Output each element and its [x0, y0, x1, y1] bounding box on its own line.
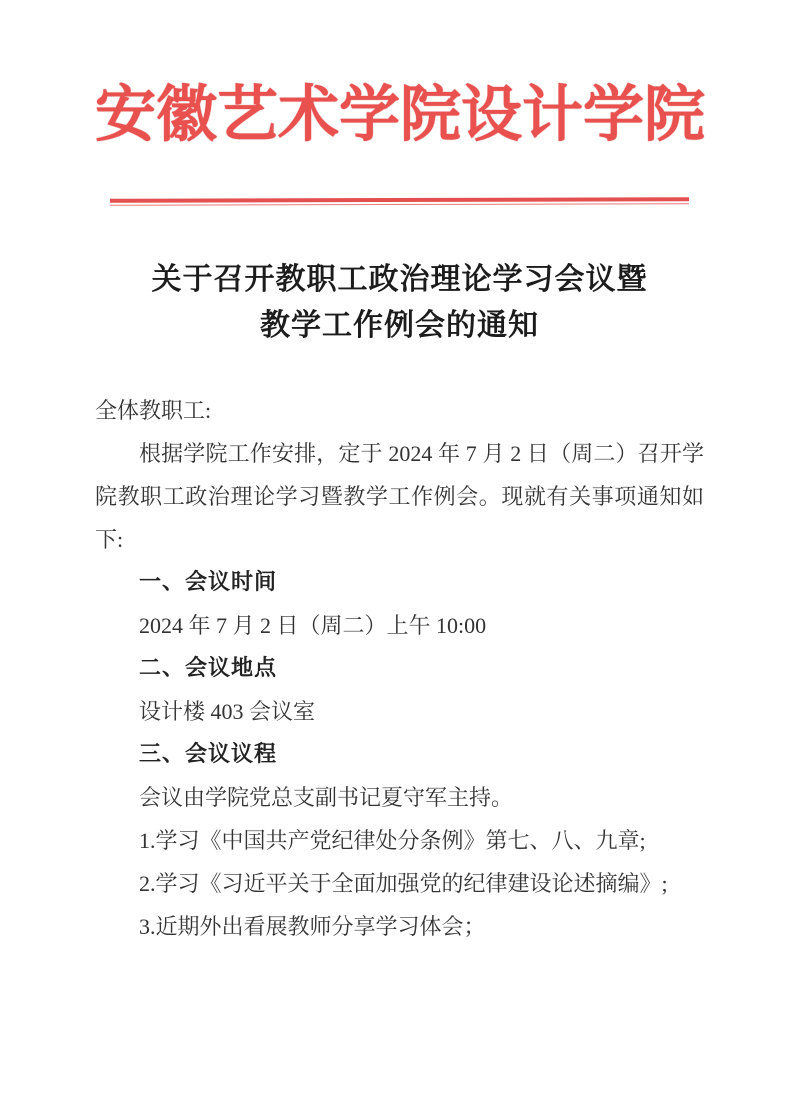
body-line: 1.学习《中国共产党纪律处分条例》第七、八、九章;	[95, 819, 704, 862]
section-heading: 一、会议时间	[95, 561, 704, 604]
letterhead-rule-thick	[110, 197, 689, 203]
document-page: 安徽艺术学院设计学院 关于召开教职工政治理论学习会议暨 教学工作例会的通知 全体…	[0, 0, 799, 1100]
body-line: 会议由学院党总支副书记夏守军主持。	[95, 776, 704, 819]
section-heading: 二、会议地点	[95, 647, 704, 690]
letterhead-rule	[110, 198, 689, 205]
body-line: 2024 年 7 月 2 日（周二）上午 10:00	[95, 604, 704, 647]
body-lines: 根据学院工作安排，定于 2024 年 7 月 2 日（周二）召开学院教职工政治理…	[95, 432, 704, 948]
letterhead-rule-thin	[110, 203, 689, 206]
letterhead-school-name: 安徽艺术学院设计学院	[95, 0, 704, 150]
document-title-line-2: 教学工作例会的通知	[95, 303, 704, 349]
document-title-line-1: 关于召开教职工政治理论学习会议暨	[95, 257, 704, 303]
body-line: 2.学习《习近平关于全面加强党的纪律建设论述摘编》;	[95, 862, 704, 905]
body-line: 下:	[95, 518, 704, 561]
body-line: 根据学院工作安排，定于 2024 年 7 月 2 日（周二）召开学	[95, 432, 704, 475]
salutation: 全体教职工:	[95, 389, 704, 432]
notice-body: 全体教职工: 根据学院工作安排，定于 2024 年 7 月 2 日（周二）召开学…	[95, 389, 704, 948]
body-line: 院教职工政治理论学习暨教学工作例会。现就有关事项通知如	[95, 475, 704, 518]
document-title: 关于召开教职工政治理论学习会议暨 教学工作例会的通知	[95, 257, 704, 349]
section-heading: 三、会议议程	[95, 733, 704, 776]
body-line: 设计楼 403 会议室	[95, 690, 704, 733]
body-line: 3.近期外出看展教师分享学习体会；	[95, 905, 704, 948]
